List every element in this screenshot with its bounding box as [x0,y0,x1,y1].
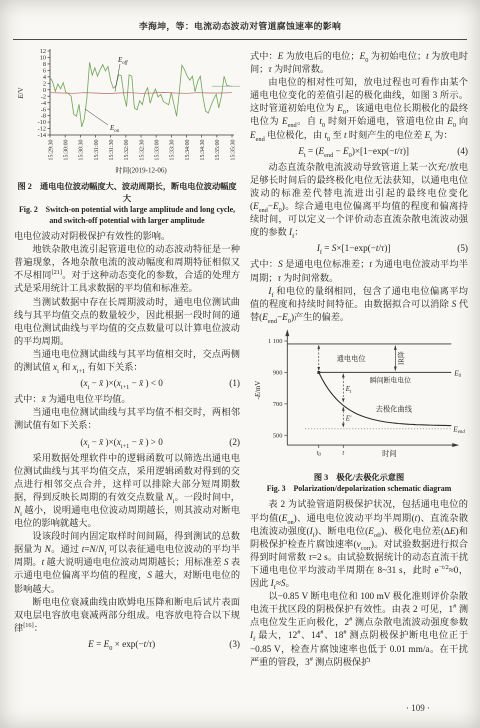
x-tick-label: 15:34:00 [185,139,191,160]
x-tick-label: 15:33:00 [155,139,161,160]
y-tick-label: 700 [273,401,283,408]
figure2-caption-en-line2: and switch-off potential with larger amp… [14,215,240,226]
running-header: 李海坤，等：电流动态波动对管道腐蚀速率的影响 [0,19,480,32]
paragraph: 动态直流杂散电流波动导致管道上某一次充/放电足够长时间后的最终极化电位无法获知，… [250,161,468,240]
x-axis-label: 时间(2019-12-06) [115,166,167,175]
paragraph: 地铁杂散电流引起管道电位的动态波动特征是一种普遍现象，各地杂散电流的波动幅度和周… [14,243,240,295]
paragraph: 当通电电位测试曲线与其平均值不相交时，两相邻测试值有如下关系： [14,406,240,432]
et-label: Et [345,386,352,395]
equation-number: (5) [457,242,468,255]
t0-arrow-up [317,345,320,349]
figure2-potential-chart: 121086420-2-4-6-8-10-12-1415:29:3015:30:… [14,45,240,175]
paper-page: 李海坤，等：电流动态波动对管道腐蚀速率的影响 121086420-2-4-6-8… [0,0,480,728]
equation-body: Et = (Eend − E0)×[1−exp(−t/τ)] [250,145,457,158]
x-axis-label: 时间 [382,449,397,458]
series-e-on [50,62,232,127]
y-tick-label: -14 [38,132,47,139]
x-tick-label: 15:35:00 [215,139,221,160]
x-tick-label: 15:30:00 [64,139,70,160]
y-axis-arrow [285,329,289,336]
x-ticks [319,445,344,448]
figure-3: 1 100 900 700 500 -E/mV IR降 通电电位 [250,324,468,495]
equation-body: E = E0 × exp(−t/τ) [14,638,229,651]
header-rule [13,39,467,40]
figure-2: 121086420-2-4-6-8-10-12-1415:29:3015:30:… [14,45,240,226]
equation-body: (xi − x̄ )×(xi+1 − x̄ ) < 0 [14,377,229,390]
eprime-label: E′ [345,415,352,422]
x-axis-arrow [452,443,459,447]
x-tick-label: 15:34:30 [200,139,206,160]
figure3-caption-cn: 图 3 极化/去极化示意图 [250,472,468,484]
equation-number: (4) [457,145,468,158]
paragraph: 以−0.85 V 断电电位和 100 mV 极化准则评价杂散电流干扰区段的阴极保… [250,590,468,669]
paragraph: 式中：S 是通电电位标准差；t 为通电电位波动平均半周期；τ 为时间常数。 [250,258,468,284]
paragraph: 电电位波动对阴极保护有效性的影响。 [14,230,240,243]
paragraph: 表 2 为试验管道阴极保护状况，包括通电电位的平均值(Eon)、通电电位波动平均… [250,498,468,590]
x-tick-label: 15:33:30 [170,139,176,160]
figure2-caption-en-line1: Fig. 2 Switch-on potential with large am… [14,204,240,215]
ir-drop-arrow-down [394,366,397,371]
figure3-schematic-chart: 1 100 900 700 500 -E/mV IR降 通电电位 [250,324,468,466]
equation-number: (1) [229,377,240,390]
right-text-flow-top: 式中：E 为放电后的电位；E0 为初始电位；t 为放电时间；τ 为时间常数。由电… [250,50,468,324]
x-tick-label: 15:29:30 [48,139,54,160]
paragraph: 式中：x̄ 为通电电位平均值。 [14,393,240,406]
paragraph: If 和电位的量纲相同，包含了通电电位偏离平均值的程度和持续时间特征。由数据拟合… [250,285,468,324]
paragraph: 式中：E 为放电后的电位；E0 为初始电位；t 为放电时间；τ 为时间常数。 [250,50,468,76]
y-axis-label: E/V [17,87,25,99]
x-tick-t0: t0 [317,449,322,458]
paragraph: 采用数据处理软件中的逻辑函数可以筛选出通电电位测试曲线与其平均值交点，采用逻辑函… [14,452,240,531]
eprime-arrow-down [342,423,345,427]
ir-drop-label: IR降 [397,351,406,365]
equation: E = E0 × exp(−t/τ)(3) [14,638,240,651]
equation: If = S×[1−exp(−t/τ)](5) [250,242,468,255]
y-tick-label: 500 [273,432,283,439]
y-ticks [284,341,287,435]
equation: (xi − x̄ )×(xi+1 − x̄ ) < 0(1) [14,377,240,390]
series-e-off [50,92,232,93]
e-off-label: Eoff [117,56,128,66]
e-on-leader-line [85,109,108,125]
eprime-arrow-up [342,407,345,411]
x-tick-label: 15:32:00 [124,139,130,160]
instant-off-label: 瞬间断电电位 [370,376,411,385]
right-text-flow-bottom: 表 2 为试验管道阴极保护状况，包括通电电位的平均值(Eon)、通电电位波动平均… [250,498,468,668]
x-tick-label: 15:31:00 [94,139,100,160]
paragraph: 当测试数据中存在长周期波动时，通电电位测试曲线与其平均值交点的数量较少，因此根据… [14,296,240,348]
paragraph: 断电电位衰减曲线由欧姆电压降和断电后试片表面双电层电容放电衰减两部分组成。电容放… [14,596,240,635]
left-column: 121086420-2-4-6-8-10-12-1415:29:3015:30:… [14,45,240,654]
left-text-flow: 电电位波动对阴极保护有效性的影响。地铁杂散电流引起管道电位的动态波动特征是一种普… [14,230,240,651]
figure3-caption-en: Fig. 3 Polarization/depolarization schem… [250,483,468,494]
e-on-label: Eon [109,124,120,134]
e0-label: E0 [453,369,461,379]
page-number: · 109 · [368,703,468,713]
depolarization-curve-label: 去极化曲线 [376,405,413,414]
x-tick-label: 15:35:30 [230,139,236,160]
right-column: 式中：E 为放电后的电位；E0 为初始电位；t 为放电时间；τ 为时间常数。由电… [250,45,468,669]
et-arrow-up [342,373,345,377]
paragraph: 由电位的相对性可知，放电过程也可看作由某个通电电位变化的差值引起的极化曲线，如图… [250,76,468,141]
equation-number: (2) [229,436,240,449]
x-tick-label: 15:31:30 [109,139,115,160]
x-tick-t: t [342,449,344,456]
x-tick-label: 15:30:30 [79,139,85,160]
paragraph: 设该段时间内固定取样时间间隔，得到测试的总数据量为 N。通过 t=N/Ni 可以… [14,530,240,595]
eend-label: Eend [452,425,465,435]
t0-arrow-down [317,367,320,371]
equation-body: (xi − x̄ )×(xi+1 − x̄ ) > 0 [14,436,229,449]
equation-number: (3) [229,638,240,651]
y-tick-label: 900 [273,369,283,376]
ir-drop-arrow-up [394,345,397,350]
x-tick-label: 15:32:30 [139,139,145,160]
on-potential-label: 通电电位 [337,354,366,363]
paragraph: 当通电电位测试曲线与其平均值相交时，交点两侧的测试值 xi 和 xi+1 有如下… [14,348,240,374]
et-arrow-down [342,398,345,402]
figure3-axes [287,334,453,445]
figure2-caption-cn: 图 2 通电电位波动幅度大、波动周期长，断电电位波动幅度大 [14,181,240,204]
y-tick-label: 1 100 [268,338,282,345]
equation: Et = (Eend − E0)×[1−exp(−t/τ)](4) [250,145,468,158]
equation: (xi − x̄ )×(xi+1 − x̄ ) > 0(2) [14,436,240,449]
y-axis-label: -E/mV [255,381,262,400]
e-off-leader-line [115,64,120,92]
equation-body: If = S×[1−exp(−t/τ)] [250,242,457,255]
